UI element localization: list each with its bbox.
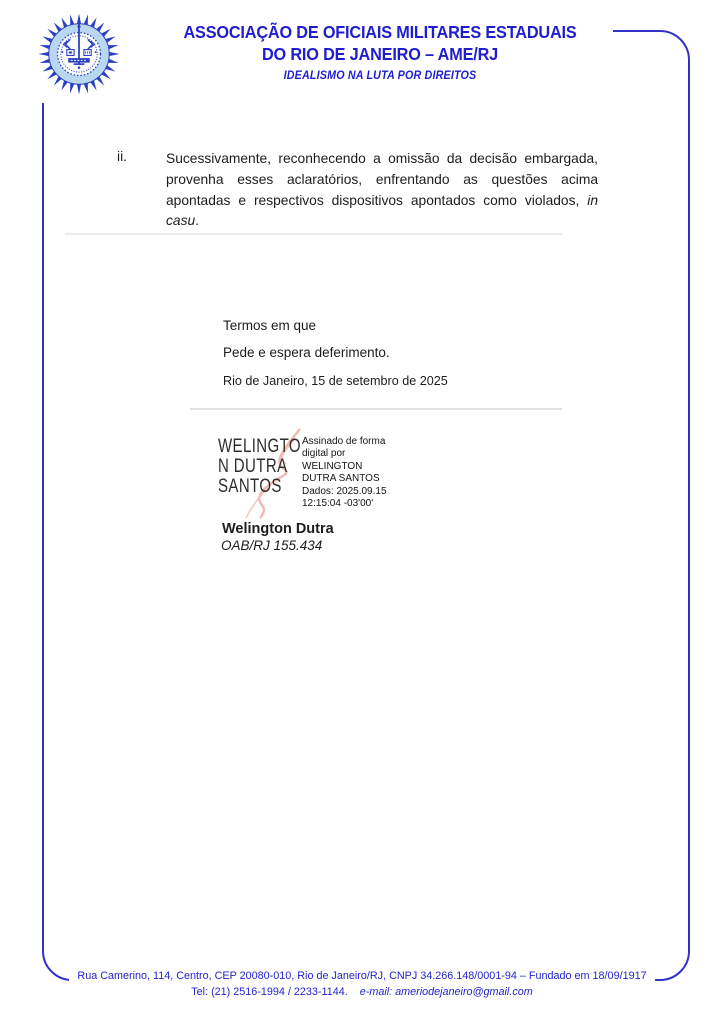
petition-paragraph-text: Sucessivamente, reconhecendo a omissão d… (166, 151, 598, 208)
signature-details-line: 12:15:04 -03'00' (302, 498, 387, 510)
ame-rj-seal-icon (38, 13, 120, 95)
signature-display-name: WELINGTO N DUTRA SANTOS (218, 437, 301, 497)
closing-line-2: Pede e espera deferimento. (223, 345, 390, 360)
footer-email: e-mail: ameriodejaneiro@gmail.com (348, 986, 533, 998)
signature-details-line: digital por (302, 448, 387, 460)
signature-details-line: WELINGTON (302, 461, 387, 473)
signature-details: Assinado de forma digital por WELINGTON … (302, 436, 387, 510)
signature-details-line: Dados: 2025.09.15 (302, 486, 387, 498)
footer-phone: Tel: (21) 2516-1994 / 2233-1144. (191, 986, 347, 998)
signature-details-line: Assinado de forma (302, 436, 387, 448)
signer-name: Welington Dutra (222, 521, 334, 537)
petition-paragraph-period: . (195, 213, 199, 228)
document-page: ASSOCIAÇÃO DE OFICIAIS MILITARES ESTADUA… (0, 0, 724, 1024)
org-motto: IDEALISMO NA LUTA POR DIREITOS (157, 70, 603, 82)
signature-display-name-line: WELINGTO (218, 437, 301, 457)
letterhead: ASSOCIAÇÃO DE OFICIAIS MILITARES ESTADUA… (157, 21, 603, 82)
petition-paragraph: Sucessivamente, reconhecendo a omissão d… (166, 149, 598, 232)
footer: Rua Camerino, 114, Centro, CEP 20080-010… (0, 969, 724, 999)
signer-oab-number: OAB/RJ 155.434 (221, 538, 322, 553)
date-line: Rio de Janeiro, 15 de setembro de 2025 (223, 374, 448, 388)
footer-contacts: Tel: (21) 2516-1994 / 2233-1144.e-mail: … (0, 985, 724, 999)
signature-details-line: DUTRA SANTOS (302, 473, 387, 485)
list-item-marker: ii. (117, 149, 127, 164)
org-name-line2: DO RIO DE JANEIRO – AME/RJ (157, 43, 603, 65)
signature-display-name-line: N DUTRA (218, 457, 301, 477)
section-divider-top (65, 233, 562, 235)
signature-display-name-line: SANTOS (218, 477, 301, 497)
section-divider-signature (190, 408, 562, 410)
closing-line-1: Termos em que (223, 318, 316, 333)
footer-address: Rua Camerino, 114, Centro, CEP 20080-010… (69, 969, 654, 983)
org-name-line1: ASSOCIAÇÃO DE OFICIAIS MILITARES ESTADUA… (157, 21, 603, 43)
